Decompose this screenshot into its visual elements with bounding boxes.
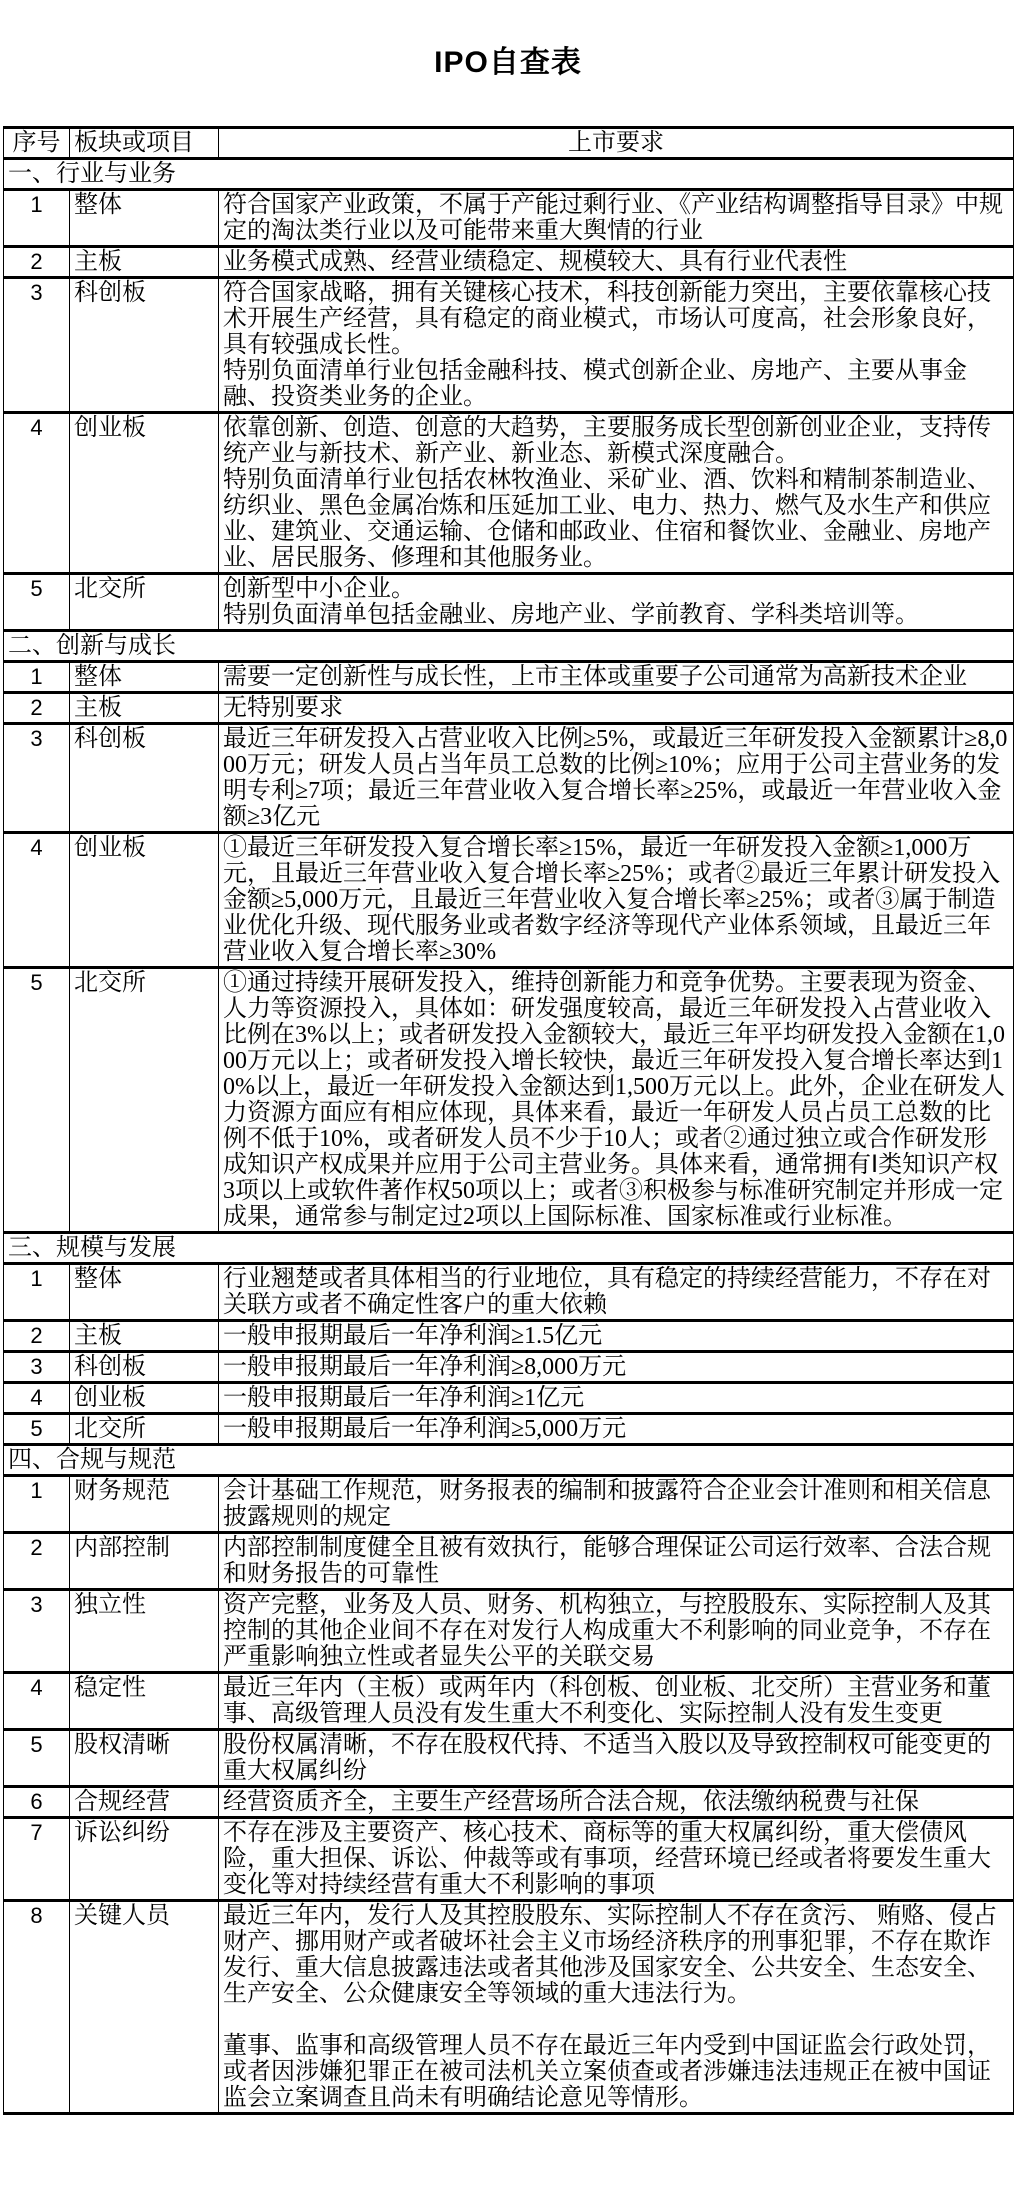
sector-cell: 整体: [70, 662, 219, 693]
sector-cell: 北交所: [70, 1414, 219, 1445]
table-row: 1 整体 需要一定创新性与成长性，上市主体或重要子公司通常为高新技术企业: [4, 662, 1014, 693]
table-row: 3 独立性 资产完整，业务及人员、财务、机构独立，与控股股东、实际控制人及其控制…: [4, 1590, 1014, 1673]
table-row: 2 内部控制 内部控制制度健全且被有效执行，能够合理保证公司运行效率、合法合规和…: [4, 1533, 1014, 1590]
requirement-cell: ①通过持续开展研发投入，维持创新能力和竞争优势。主要表现为资金、人力等资源投入，…: [219, 968, 1014, 1233]
sector-cell: 主板: [70, 1321, 219, 1352]
requirement-cell: 资产完整，业务及人员、财务、机构独立，与控股股东、实际控制人及其控制的其他企业间…: [219, 1590, 1014, 1673]
table-row: 1 财务规范 会计基础工作规范，财务报表的编制和披露符合企业会计准则和相关信息披…: [4, 1476, 1014, 1533]
table-row: 2 主板 业务模式成熟、经营业绩稳定、规模较大、具有行业代表性: [4, 247, 1014, 278]
sector-cell: 独立性: [70, 1590, 219, 1673]
section-band-label: 一、行业与业务: [4, 159, 1014, 190]
seq-cell: 5: [4, 968, 70, 1233]
seq-cell: 1: [4, 190, 70, 247]
seq-cell: 2: [4, 1321, 70, 1352]
sector-cell: 诉讼纠纷: [70, 1818, 219, 1901]
table-row: 2 主板 一般申报期最后一年净利润≥1.5亿元: [4, 1321, 1014, 1352]
sector-cell: 主板: [70, 247, 219, 278]
sector-cell: 整体: [70, 1264, 219, 1321]
column-header-seq: 序号: [4, 128, 70, 159]
seq-cell: 3: [4, 1590, 70, 1673]
table-row: 4 创业板 依靠创新、创造、创意的大趋势，主要服务成长型创新创业企业，支持传统产…: [4, 413, 1014, 574]
requirement-cell: 经营资质齐全，主要生产经营场所合法合规，依法缴纳税费与社保: [219, 1787, 1014, 1818]
table-row: 5 北交所 ①通过持续开展研发投入，维持创新能力和竞争优势。主要表现为资金、人力…: [4, 968, 1014, 1233]
sector-cell: 创业板: [70, 833, 219, 968]
seq-cell: 5: [4, 1730, 70, 1787]
seq-cell: 1: [4, 1476, 70, 1533]
column-header-requirement: 上市要求: [219, 128, 1014, 159]
table-row: 3 科创板 符合国家战略，拥有关键核心技术，科技创新能力突出，主要依靠核心技术开…: [4, 278, 1014, 413]
requirement-cell: 股份权属清晰，不存在股权代持、不适当入股以及导致控制权可能变更的重大权属纠纷: [219, 1730, 1014, 1787]
seq-cell: 3: [4, 278, 70, 413]
seq-cell: 3: [4, 1352, 70, 1383]
seq-cell: 4: [4, 1673, 70, 1730]
document-page: IPO自查表 序号 板块或项目 上市要求 一、行业与业务 1 整体 符合国家产业…: [0, 0, 1016, 2209]
seq-cell: 4: [4, 413, 70, 574]
sector-cell: 稳定性: [70, 1673, 219, 1730]
section-band-label: 三、规模与发展: [4, 1233, 1014, 1264]
sector-cell: 整体: [70, 190, 219, 247]
section-band-row: 四、合规与规范: [4, 1445, 1014, 1476]
table-row: 5 北交所 创新型中小企业。 特别负面清单包括金融业、房地产业、学前教育、学科类…: [4, 574, 1014, 631]
section-band-label: 二、创新与成长: [4, 631, 1014, 662]
requirement-cell: 最近三年内，发行人及其控股股东、实际控制人不存在贪污、 贿赂、侵占财产、挪用财产…: [219, 1901, 1014, 2114]
sector-cell: 创业板: [70, 413, 219, 574]
seq-cell: 6: [4, 1787, 70, 1818]
requirement-cell: 行业翘楚或者具体相当的行业地位，具有稳定的持续经营能力，不存在对关联方或者不确定…: [219, 1264, 1014, 1321]
sector-cell: 北交所: [70, 574, 219, 631]
table-row: 4 创业板 一般申报期最后一年净利润≥1亿元: [4, 1383, 1014, 1414]
sector-cell: 创业板: [70, 1383, 219, 1414]
requirement-cell: 会计基础工作规范，财务报表的编制和披露符合企业会计准则和相关信息披露规则的规定: [219, 1476, 1014, 1533]
table-row: 8 关键人员 最近三年内，发行人及其控股股东、实际控制人不存在贪污、 贿赂、侵占…: [4, 1901, 1014, 2114]
section-band-row: 三、规模与发展: [4, 1233, 1014, 1264]
column-header-sector: 板块或项目: [70, 128, 219, 159]
requirement-cell: 无特别要求: [219, 693, 1014, 724]
requirement-cell: 一般申报期最后一年净利润≥8,000万元: [219, 1352, 1014, 1383]
seq-cell: 2: [4, 693, 70, 724]
sector-cell: 科创板: [70, 724, 219, 833]
sector-cell: 关键人员: [70, 1901, 219, 2114]
requirement-cell: ①最近三年研发投入复合增长率≥15%，最近一年研发投入金额≥1,000万元，且最…: [219, 833, 1014, 968]
seq-cell: 5: [4, 574, 70, 631]
sector-cell: 内部控制: [70, 1533, 219, 1590]
seq-cell: 2: [4, 247, 70, 278]
sector-cell: 科创板: [70, 278, 219, 413]
sector-cell: 北交所: [70, 968, 219, 1233]
requirement-cell: 符合国家产业政策，不属于产能过剩行业、《产业结构调整指导目录》中规定的淘汰类行业…: [219, 190, 1014, 247]
seq-cell: 8: [4, 1901, 70, 2114]
table-row: 1 整体 符合国家产业政策，不属于产能过剩行业、《产业结构调整指导目录》中规定的…: [4, 190, 1014, 247]
table-row: 7 诉讼纠纷 不存在涉及主要资产、核心技术、商标等的重大权属纠纷，重大偿债风险，…: [4, 1818, 1014, 1901]
seq-cell: 5: [4, 1414, 70, 1445]
requirement-cell: 业务模式成熟、经营业绩稳定、规模较大、具有行业代表性: [219, 247, 1014, 278]
page-title: IPO自查表: [0, 46, 1016, 80]
requirement-cell: 符合国家战略，拥有关键核心技术，科技创新能力突出，主要依靠核心技术开展生产经营，…: [219, 278, 1014, 413]
table-row: 4 稳定性 最近三年内（主板）或两年内（科创板、创业板、北交所）主营业务和董事、…: [4, 1673, 1014, 1730]
requirement-cell: 一般申报期最后一年净利润≥1.5亿元: [219, 1321, 1014, 1352]
requirement-cell: 一般申报期最后一年净利润≥1亿元: [219, 1383, 1014, 1414]
requirement-cell: 创新型中小企业。 特别负面清单包括金融业、房地产业、学前教育、学科类培训等。: [219, 574, 1014, 631]
requirement-cell: 内部控制制度健全且被有效执行，能够合理保证公司运行效率、合法合规和财务报告的可靠…: [219, 1533, 1014, 1590]
section-band-label: 四、合规与规范: [4, 1445, 1014, 1476]
requirement-cell: 一般申报期最后一年净利润≥5,000万元: [219, 1414, 1014, 1445]
table-row: 3 科创板 一般申报期最后一年净利润≥8,000万元: [4, 1352, 1014, 1383]
requirement-cell: 最近三年内（主板）或两年内（科创板、创业板、北交所）主营业务和董事、高级管理人员…: [219, 1673, 1014, 1730]
seq-cell: 7: [4, 1818, 70, 1901]
table-row: 5 股权清晰 股份权属清晰，不存在股权代持、不适当入股以及导致控制权可能变更的重…: [4, 1730, 1014, 1787]
table-row: 5 北交所 一般申报期最后一年净利润≥5,000万元: [4, 1414, 1014, 1445]
table-row: 4 创业板 ①最近三年研发投入复合增长率≥15%，最近一年研发投入金额≥1,00…: [4, 833, 1014, 968]
section-band-row: 二、创新与成长: [4, 631, 1014, 662]
requirement-cell: 最近三年研发投入占营业收入比例≥5%，或最近三年研发投入金额累计≥8,000万元…: [219, 724, 1014, 833]
requirement-cell: 需要一定创新性与成长性，上市主体或重要子公司通常为高新技术企业: [219, 662, 1014, 693]
seq-cell: 1: [4, 1264, 70, 1321]
table-row: 2 主板 无特别要求: [4, 693, 1014, 724]
seq-cell: 4: [4, 1383, 70, 1414]
requirement-cell: 依靠创新、创造、创意的大趋势，主要服务成长型创新创业企业，支持传统产业与新技术、…: [219, 413, 1014, 574]
table-header-row: 序号 板块或项目 上市要求: [4, 128, 1014, 159]
sector-cell: 股权清晰: [70, 1730, 219, 1787]
sector-cell: 财务规范: [70, 1476, 219, 1533]
requirement-cell: 不存在涉及主要资产、核心技术、商标等的重大权属纠纷，重大偿债风险，重大担保、诉讼…: [219, 1818, 1014, 1901]
sector-cell: 主板: [70, 693, 219, 724]
table-row: 6 合规经营 经营资质齐全，主要生产经营场所合法合规，依法缴纳税费与社保: [4, 1787, 1014, 1818]
seq-cell: 4: [4, 833, 70, 968]
table-row: 3 科创板 最近三年研发投入占营业收入比例≥5%，或最近三年研发投入金额累计≥8…: [4, 724, 1014, 833]
sector-cell: 科创板: [70, 1352, 219, 1383]
ipo-self-check-table: 序号 板块或项目 上市要求 一、行业与业务 1 整体 符合国家产业政策，不属于产…: [3, 126, 1014, 2115]
sector-cell: 合规经营: [70, 1787, 219, 1818]
seq-cell: 3: [4, 724, 70, 833]
section-band-row: 一、行业与业务: [4, 159, 1014, 190]
table-row: 1 整体 行业翘楚或者具体相当的行业地位，具有稳定的持续经营能力，不存在对关联方…: [4, 1264, 1014, 1321]
seq-cell: 2: [4, 1533, 70, 1590]
seq-cell: 1: [4, 662, 70, 693]
